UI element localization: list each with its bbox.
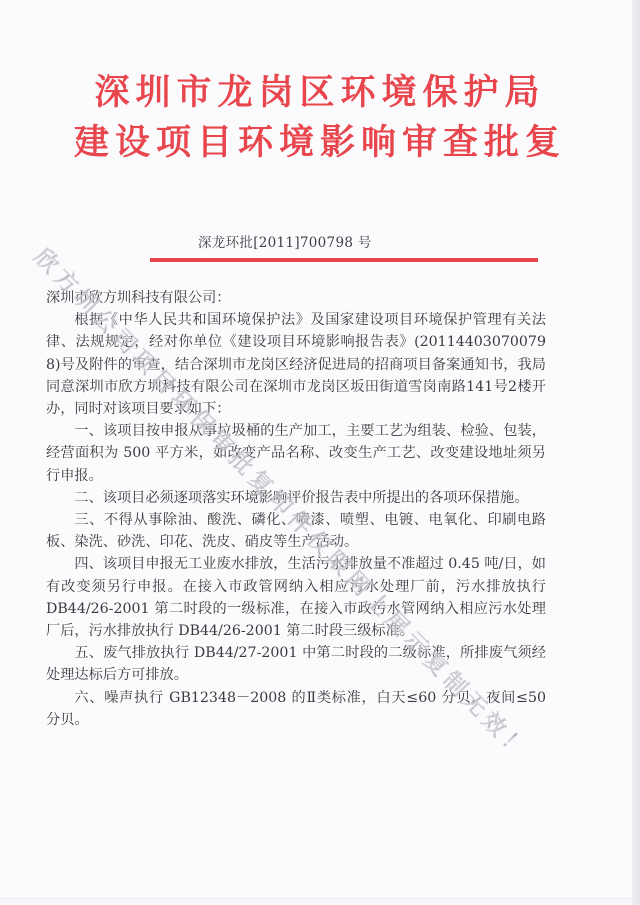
paragraph-item-5: 五、废气排放执行 DB44/27-2001 中第二时段的二级标准，所排废气须经处… bbox=[46, 642, 546, 686]
scan-edge-shadow bbox=[632, 0, 640, 905]
paragraph-item-1: 一、该项目按申报从事垃圾桶的生产加工，主要工艺为组装、检验、包装，经营面积为 5… bbox=[46, 420, 546, 487]
paragraph-item-3: 三、不得从事除油、酸洗、磷化、喷漆、喷塑、电镀、电氧化、印刷电路板、染洗、砂洗、… bbox=[46, 509, 546, 553]
paragraph-item-6: 六、噪声执行 GB12348－2008 的Ⅱ类标准，白天≤60 分贝，夜间≤50… bbox=[46, 687, 546, 731]
document-page: 深圳市龙岗区环境保护局 建设项目环境影响审查批复 深龙环批[2011]70079… bbox=[0, 0, 634, 899]
document-body: 深圳市欣方圳科技有限公司： 根据《中华人民共和国环境保护法》及国家建设项目环境保… bbox=[46, 287, 546, 731]
paragraph-intro: 根据《中华人民共和国环境保护法》及国家建设项目环境保护管理有关法律、法规规定，经… bbox=[46, 309, 546, 420]
document-number: 深龙环批[2011]700798 号 bbox=[198, 231, 372, 251]
letterhead: 深圳市龙岗区环境保护局 建设项目环境影响审查批复 bbox=[60, 68, 580, 168]
paragraph-item-4: 四、该项目申报无工业废水排放，生活污水排放量不准超过 0.45 吨/日，如有改变… bbox=[46, 553, 546, 642]
letterhead-document-type: 建设项目环境影响审查批复 bbox=[60, 118, 580, 168]
red-divider-line bbox=[150, 258, 538, 262]
salutation: 深圳市欣方圳科技有限公司： bbox=[46, 287, 546, 309]
paragraph-item-2: 二、该项目必须逐项落实环境影响评价报告表中所提出的各项环保措施。 bbox=[46, 487, 546, 509]
letterhead-agency-title: 深圳市龙岗区环境保护局 bbox=[60, 68, 580, 118]
